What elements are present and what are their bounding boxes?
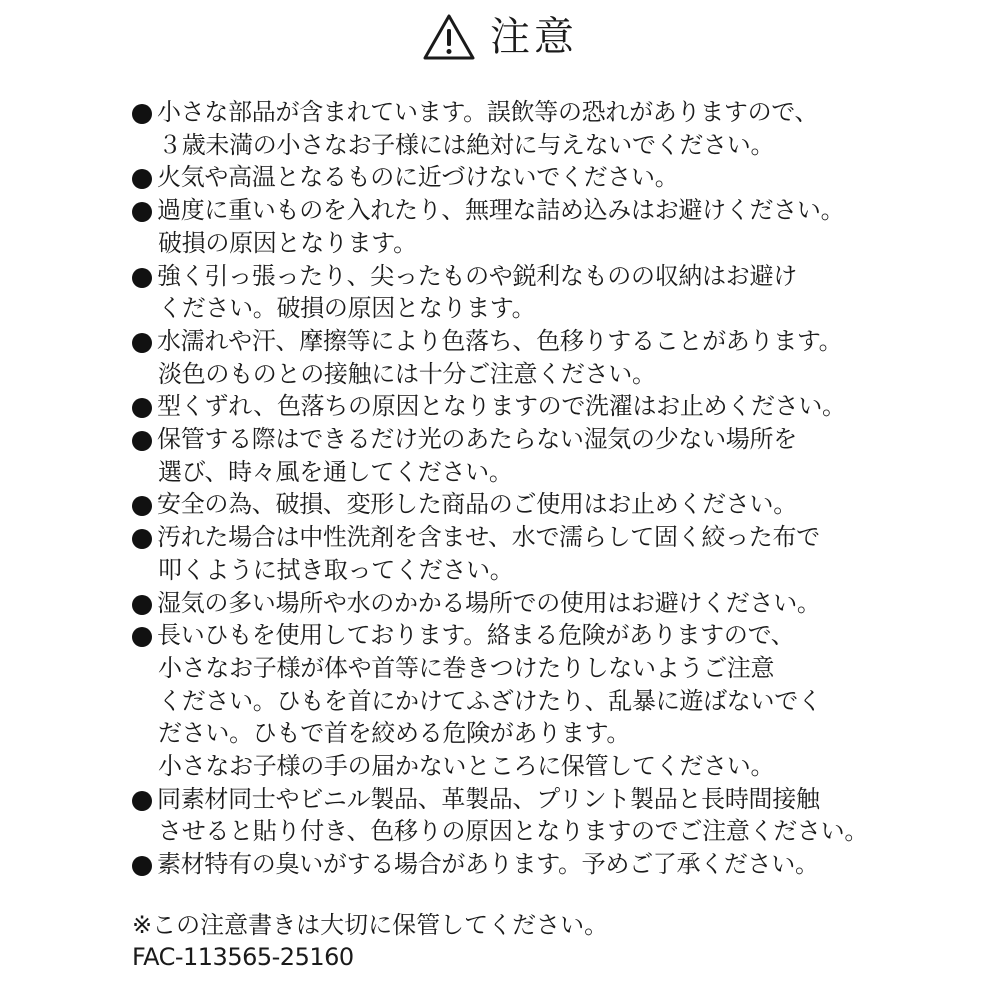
- caution-item: 水濡れや汗、摩擦等により色落ち、色移りすることがあります。淡色のものとの接触には…: [132, 325, 892, 390]
- bullet-icon: [132, 595, 152, 615]
- bullet-icon: [132, 856, 152, 876]
- header: 注意: [0, 12, 1000, 62]
- caution-list: 小さな部品が含まれています。誤飲等の恐れがありますので、３歳未満の小さなお子様に…: [132, 96, 892, 881]
- item-line: 同素材同士やビニル製品、革製品、プリント製品と長時間接触: [157, 783, 892, 816]
- item-line: 素材特有の臭いがする場合があります。予めご了承ください。: [157, 848, 892, 881]
- caution-item: 安全の為、破損、変形した商品のご使用はお止めください。: [132, 488, 892, 521]
- item-line: 過度に重いものを入れたり、無理な詰め込みはお避けください。: [157, 194, 892, 227]
- page-title: 注意: [490, 12, 578, 62]
- item-line: 汚れた場合は中性洗剤を含ませ、水で濡らして固く絞った布で: [157, 521, 892, 554]
- caution-item: 過度に重いものを入れたり、無理な詰め込みはお避けください。破損の原因となります。: [132, 194, 892, 259]
- item-line: 水濡れや汗、摩擦等により色落ち、色移りすることがあります。: [157, 325, 892, 358]
- caution-item: 強く引っ張ったり、尖ったものや鋭利なものの収納はお避けください。破損の原因となり…: [132, 260, 892, 325]
- item-line: 強く引っ張ったり、尖ったものや鋭利なものの収納はお避け: [157, 260, 892, 293]
- caution-item: 火気や高温となるものに近づけないでください。: [132, 161, 892, 194]
- caution-item: 型くずれ、色落ちの原因となりますので洗濯はお止めください。: [132, 390, 892, 423]
- item-line: 淡色のものとの接触には十分ご注意ください。: [157, 358, 892, 391]
- caution-item: 小さな部品が含まれています。誤飲等の恐れがありますので、３歳未満の小さなお子様に…: [132, 96, 892, 161]
- item-line: 火気や高温となるものに近づけないでください。: [157, 161, 892, 194]
- item-line: 小さなお子様が体や首等に巻きつけたりしないようご注意: [157, 652, 892, 685]
- caution-item: 長いひもを使用しております。絡まる危険がありますので、小さなお子様が体や首等に巻…: [132, 619, 892, 783]
- item-line: 長いひもを使用しております。絡まる危険がありますので、: [157, 619, 892, 652]
- item-line: ください。ひもを首にかけてふざけたり、乱暴に遊ばないでく: [157, 685, 892, 718]
- item-line: 小さなお子様の手の届かないところに保管してください。: [157, 750, 892, 783]
- bullet-icon: [132, 268, 152, 288]
- item-line: 安全の為、破損、変形した商品のご使用はお止めください。: [157, 488, 892, 521]
- footer: ※この注意書きは大切に保管してください。 FAC-113565-25160: [132, 910, 608, 972]
- bullet-icon: [132, 791, 152, 811]
- item-line: ３歳未満の小さなお子様には絶対に与えないでください。: [157, 129, 892, 162]
- bullet-icon: [132, 529, 152, 549]
- bullet-icon: [132, 627, 152, 647]
- caution-item: 保管する際はできるだけ光のあたらない湿気の少ない場所を選び、時々風を通してくださ…: [132, 423, 892, 488]
- keep-note: ※この注意書きは大切に保管してください。: [132, 911, 608, 939]
- warning-triangle-icon: [422, 13, 476, 61]
- bullet-icon: [132, 169, 152, 189]
- item-line: 型くずれ、色落ちの原因となりますので洗濯はお止めください。: [157, 390, 892, 423]
- caution-item: 同素材同士やビニル製品、革製品、プリント製品と長時間接触させると貼り付き、色移り…: [132, 783, 892, 848]
- item-line: させると貼り付き、色移りの原因となりますのでご注意ください。: [157, 815, 892, 848]
- item-line: 保管する際はできるだけ光のあたらない湿気の少ない場所を: [157, 423, 892, 456]
- caution-item: 素材特有の臭いがする場合があります。予めご了承ください。: [132, 848, 892, 881]
- item-line: 湿気の多い場所や水のかかる場所での使用はお避けください。: [157, 587, 892, 620]
- bullet-icon: [132, 104, 152, 124]
- caution-item: 汚れた場合は中性洗剤を含ませ、水で濡らして固く絞った布で叩くように拭き取ってくだ…: [132, 521, 892, 586]
- item-line: 破損の原因となります。: [157, 227, 892, 260]
- bullet-icon: [132, 333, 152, 353]
- bullet-icon: [132, 431, 152, 451]
- bullet-icon: [132, 398, 152, 418]
- item-line: ださい。ひもで首を絞める危険があります。: [157, 717, 892, 750]
- product-code: FAC-113565-25160: [132, 942, 608, 972]
- item-line: 選び、時々風を通してください。: [157, 456, 892, 489]
- item-line: 叩くように拭き取ってください。: [157, 554, 892, 587]
- bullet-icon: [132, 496, 152, 516]
- item-line: 小さな部品が含まれています。誤飲等の恐れがありますので、: [157, 96, 892, 129]
- bullet-icon: [132, 202, 152, 222]
- caution-item: 湿気の多い場所や水のかかる場所での使用はお避けください。: [132, 587, 892, 620]
- item-line: ください。破損の原因となります。: [157, 292, 892, 325]
